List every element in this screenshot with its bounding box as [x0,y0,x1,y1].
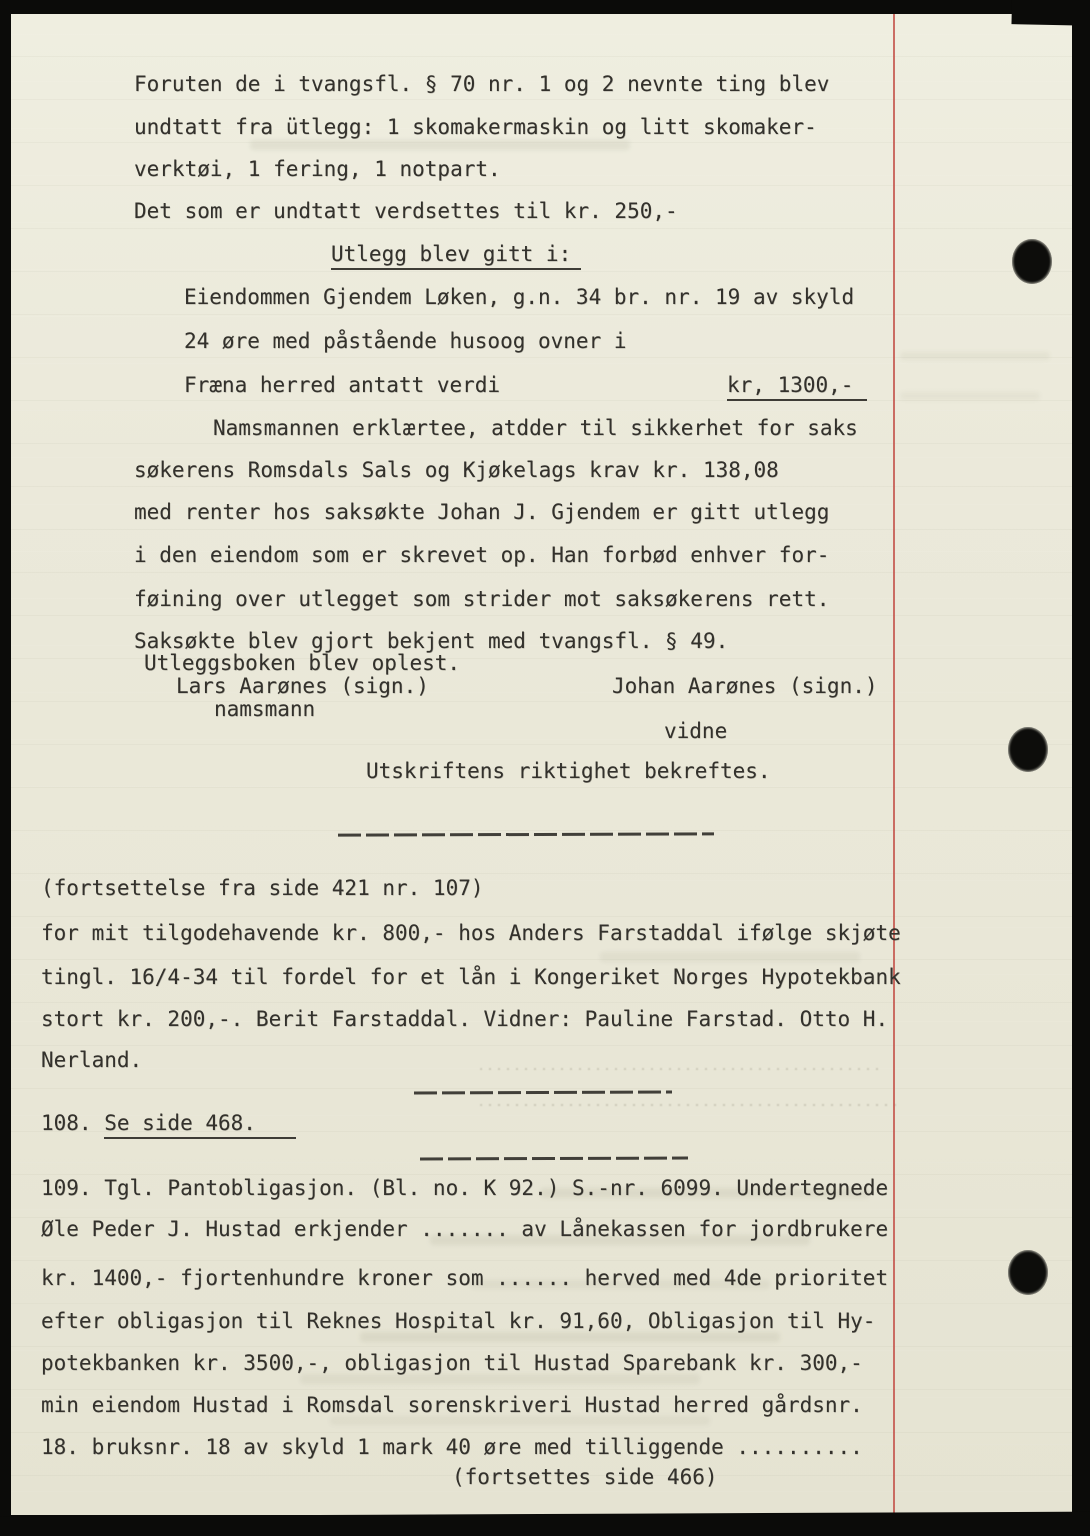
bleedthrough-smudge [900,392,1040,400]
text-run: Det som er undtatt verdsettes til kr. 25… [134,199,678,223]
bleedthrough-smudge [250,140,630,150]
punch-hole [1012,239,1052,284]
text-run: potekbanken kr. 3500,-, obligasjon til H… [41,1351,863,1375]
punch-hole [1008,727,1048,772]
document-line: for mit tilgodehavende kr. 800,- hos And… [41,919,901,947]
document-line: tingl. 16/4-34 til fordel for et lån i K… [41,963,901,991]
document-line: Det som er undtatt verdsettes til kr. 25… [134,197,678,225]
document-line: Utlegg blev gitt i: [331,240,581,268]
scan-border-bottom [0,1512,1090,1536]
document-line: Nerland. [41,1046,142,1074]
text-run: Nerland. [41,1048,142,1072]
document-line: Fræna herred antatt verdi [184,371,500,399]
document-line: Eiendommen Gjendem Løken, g.n. 34 br. nr… [184,283,854,311]
document-line: efter obligasjon til Reknes Hospital kr.… [41,1307,875,1335]
document-line: stort kr. 200,-. Berit Farstaddal. Vidne… [41,1005,888,1033]
text-run: Fræna herred antatt verdi [184,373,500,397]
scan-border-right [1072,0,1090,1536]
document-line: verktøi, 1 fering, 1 notpart. [134,155,501,183]
text-run: Utlegg blev gitt i: [331,242,581,270]
margin-rule-line [893,13,895,1515]
text-run: føining over utlegget som strider mot sa… [134,587,829,611]
bleedthrough-smudge [600,952,860,962]
text-run: Øle Peder J. Hustad erkjender ....... av… [41,1217,888,1241]
document-line: kr, 1300,- [727,371,867,399]
document-line: min eiendom Hustad i Romsdal sorenskrive… [41,1391,863,1419]
text-run: søkerens Romsdals Sals og Kjøkelags krav… [134,458,779,482]
text-run: kr, 1300,- [727,373,867,401]
document-line: 24 øre med påstående husoog ovner i [184,327,627,355]
text-run: 18. bruksnr. 18 av skyld 1 mark 40 øre m… [41,1435,863,1459]
text-run: efter obligasjon til Reknes Hospital kr.… [41,1309,875,1333]
text-run: med renter hos saksøkte Johan J. Gjendem… [134,500,829,524]
text-run: 24 øre med påstående husoog ovner i [184,329,627,353]
bleedthrough-smudge [480,1068,880,1070]
text-run: kr. 1400,- fjortenhundre kroner som ....… [41,1266,888,1290]
document-line: (fortsettelse fra side 421 nr. 107) [41,874,484,902]
document-line: 109. Tgl. Pantobligasjon. (Bl. no. K 92.… [41,1174,888,1202]
document-line: Utskriftens riktighet bekreftes. [366,757,771,785]
bleedthrough-smudge [480,1104,900,1106]
text-run: undtatt fra ütlegg: 1 skomakermaskin og … [134,115,817,139]
document-line: føining over utlegget som strider mot sa… [134,585,829,613]
document-line: Foruten de i tvangsfl. § 70 nr. 1 og 2 n… [134,70,829,98]
text-run: Se side 468. [104,1111,296,1139]
document-line: Øle Peder J. Hustad erkjender ....... av… [41,1215,888,1243]
text-run: verktøi, 1 fering, 1 notpart. [134,157,501,181]
scan-border-left [0,0,11,1536]
text-run: Utskriftens riktighet bekreftes. [366,759,771,783]
bleedthrough-smudge [900,352,1050,360]
text-run: (fortsettelse fra side 421 nr. 107) [41,876,484,900]
document-line: potekbanken kr. 3500,-, obligasjon til H… [41,1349,863,1377]
document-line: undtatt fra ütlegg: 1 skomakermaskin og … [134,113,817,141]
text-run: vidne [664,719,727,743]
document-line: (fortsettes side 466) [452,1463,718,1491]
document-line: Namsmannen erklærtee, atdder til sikkerh… [213,414,858,442]
text-run: namsmann [214,697,315,721]
text-run: stort kr. 200,-. Berit Farstaddal. Vidne… [41,1007,888,1031]
scan-border-top [0,0,1090,14]
punch-hole [1008,1250,1048,1295]
document-line: namsmann [214,695,315,723]
text-run: Foruten de i tvangsfl. § 70 nr. 1 og 2 n… [134,72,829,96]
text-run: Namsmannen erklærtee, atdder til sikkerh… [213,416,858,440]
document-line: Johan Aarønes (sign.) [612,672,878,700]
document-line: med renter hos saksøkte Johan J. Gjendem… [134,498,829,526]
document-line: kr. 1400,- fjortenhundre kroner som ....… [41,1264,888,1292]
text-run: Johan Aarønes (sign.) [612,674,878,698]
document-line: søkerens Romsdals Sals og Kjøkelags krav… [134,456,779,484]
document-line: i den eiendom som er skrevet op. Han for… [134,541,829,569]
text-run: tingl. 16/4-34 til fordel for et lån i K… [41,965,901,989]
scanned-page: Foruten de i tvangsfl. § 70 nr. 1 og 2 n… [0,0,1090,1536]
document-line: vidne [664,717,727,745]
text-run: 109. Tgl. Pantobligasjon. (Bl. no. K 92.… [41,1176,888,1200]
document-line: 18. bruksnr. 18 av skyld 1 mark 40 øre m… [41,1433,863,1461]
text-run: Eiendommen Gjendem Løken, g.n. 34 br. nr… [184,285,854,309]
document-line: 108. Se side 468. [41,1109,296,1137]
text-run: i den eiendom som er skrevet op. Han for… [134,543,829,567]
text-run: (fortsettes side 466) [452,1465,718,1489]
text-run: 108. [41,1111,104,1135]
text-run: for mit tilgodehavende kr. 800,- hos And… [41,921,901,945]
text-run: min eiendom Hustad i Romsdal sorenskrive… [41,1393,863,1417]
